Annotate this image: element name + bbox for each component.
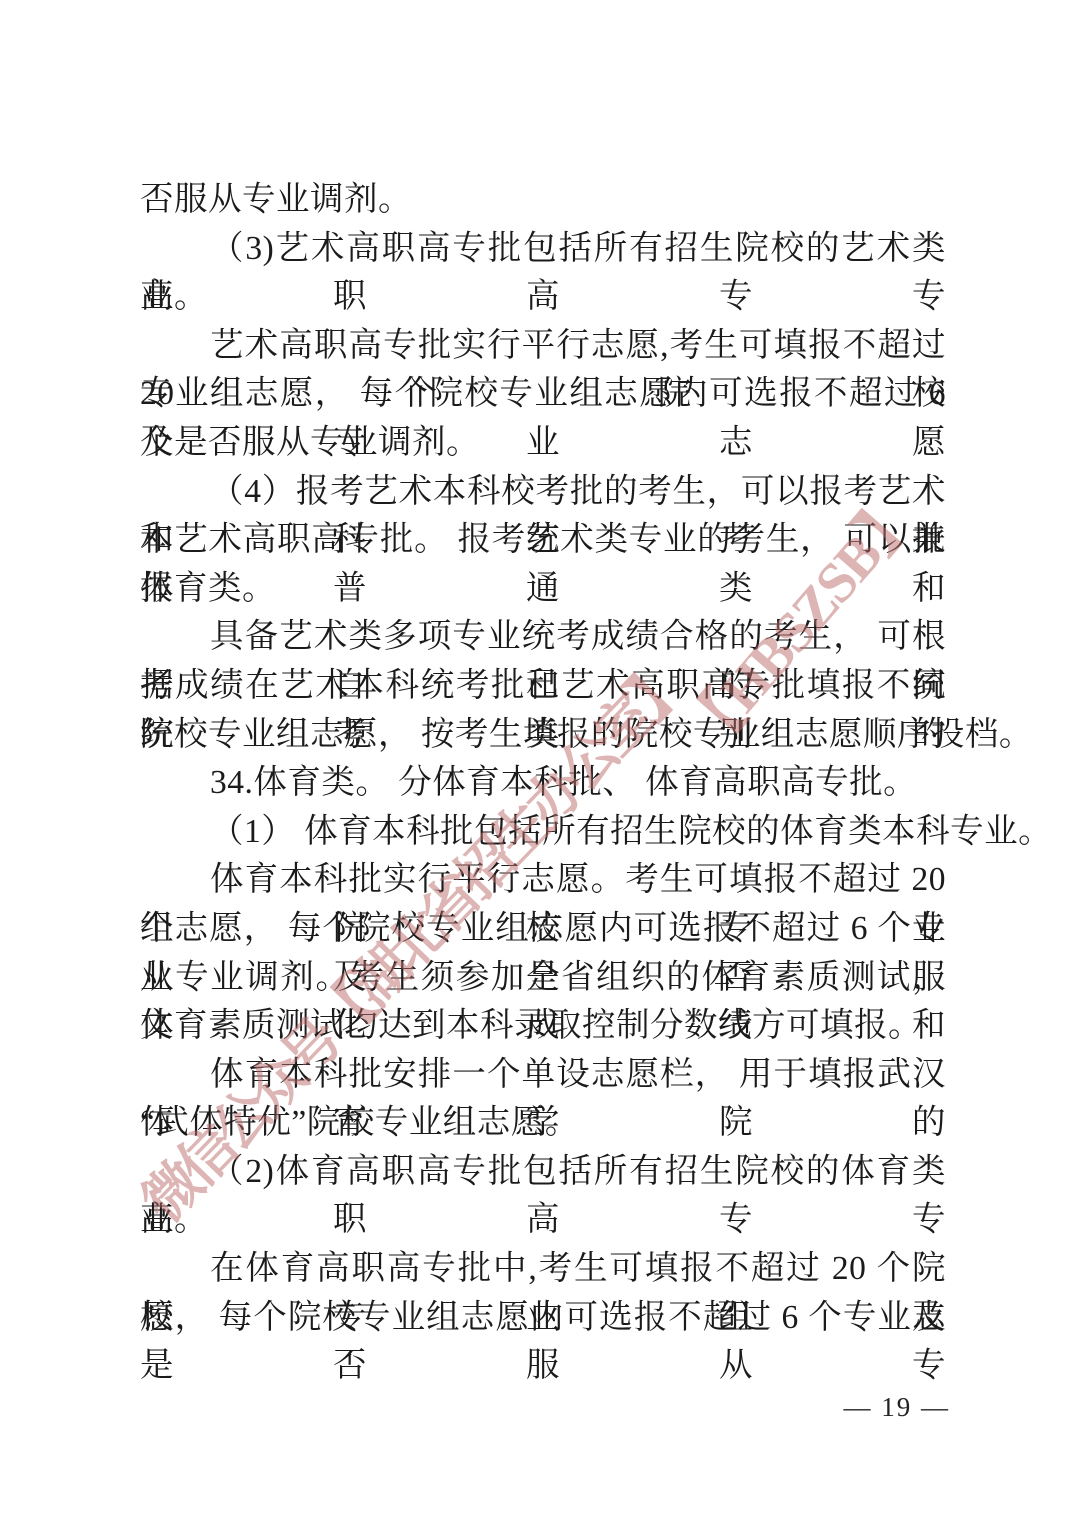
text-line: （3)艺术高职高专批包括所有招生院校的艺术类高职高专专 bbox=[140, 225, 946, 274]
text-line: 和艺术高职高专批。 报考艺术类专业的考生， 可以兼报普通类和 bbox=[140, 516, 946, 565]
text-line: 在体育高职高专批中,考生可填报不超过 20 个院校专业组志 bbox=[140, 1245, 946, 1294]
text-line: 愿， 每个院校专业组志愿内可选报不超过 6 个专业及是否服从专 bbox=[140, 1294, 946, 1343]
text-line: 专业组志愿， 每个院校专业组志愿内可选报不超过 6 个专业志愿 bbox=[140, 370, 946, 419]
text-line: （2)体育高职高专批包括所有招生院校的体育类高职高专专 bbox=[140, 1148, 946, 1197]
text-line: 否服从专业调剂。 bbox=[140, 176, 946, 225]
text-line: 体育本科批实行平行志愿。考生可填报不超过 20 个院校专业 bbox=[140, 856, 946, 905]
text-line: （1） 体育本科批包括所有招生院校的体育类本科专业。 bbox=[140, 808, 946, 857]
page-content: 否服从专业调剂。 （3)艺术高职高专批包括所有招生院校的艺术类高职高专专 业。 … bbox=[140, 176, 946, 1342]
text-line: 院校专业组志愿， 按考生填报的院校专业组志愿顺序投档。 bbox=[140, 711, 946, 760]
document-page: 微信公众号【湖北省招生办公室】 【HBSZSB】 否服从专业调剂。 （3)艺术高… bbox=[0, 0, 1080, 1527]
text-line: 组志愿， 每个院校专业组志愿内可选报不超过 6 个专业及是否服 bbox=[140, 905, 946, 954]
text-line: 具备艺术类多项专业统考成绩合格的考生， 可根据自己的统 bbox=[140, 613, 946, 662]
page-number: — 19 — bbox=[844, 1392, 951, 1423]
text-line: 从专业调剂。考生须参加全省组织的体育素质测试， 文化成绩和 bbox=[140, 954, 946, 1003]
text-line: 艺术高职高专批实行平行志愿,考生可填报不超过 20 个院校 bbox=[140, 322, 946, 371]
text-line: （4）报考艺术本科校考批的考生，可以报考艺术本科统考批 bbox=[140, 468, 946, 517]
text-line: 考成绩在艺术本科统考批和艺术高职高专批填报不同统考类别的 bbox=[140, 662, 946, 711]
text-line: 体育素质测试均达到本科录取控制分数线方可填报。 bbox=[140, 1002, 946, 1051]
text-line: 体育本科批安排一个单设志愿栏， 用于填报武汉体育学院的 bbox=[140, 1051, 946, 1100]
text-line: 34.体育类。 分体育本科批、 体育高职高专批。 bbox=[140, 759, 946, 808]
